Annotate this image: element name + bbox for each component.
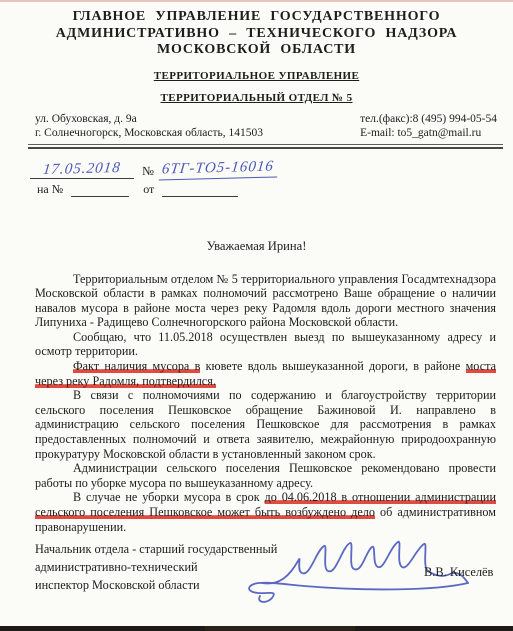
handwritten-date: 17.05.2018 bbox=[42, 159, 122, 178]
outgoing-date-field: 17.05.2018 bbox=[30, 161, 134, 179]
signatory-title: Начальник отдела - старший государственн… bbox=[35, 540, 277, 594]
department-line-2: ТЕРРИТОРИАЛЬНЫЙ ОТДЕЛ № 5 bbox=[0, 92, 513, 104]
scan-artifact-bottom bbox=[0, 626, 513, 631]
body-paragraph: Факт наличия мусора в кювете вдоль вышеу… bbox=[35, 359, 496, 388]
body-paragraph: В случае не уборки мусора в срок до 04.0… bbox=[35, 490, 496, 534]
signature-block: Начальник отдела - старший государственн… bbox=[0, 539, 513, 613]
org-line-3: МОСКОВСКОЙ ОБЛАСТИ bbox=[0, 42, 513, 59]
phone-line: тел.(факс):8 (495) 994-05-54 bbox=[360, 112, 497, 127]
salutation: Уважаемая Ирина! bbox=[0, 239, 513, 254]
body-text-segment: Сообщаю, что 11.05.2018 осуществлен выез… bbox=[35, 330, 496, 359]
number-sign: № bbox=[142, 164, 154, 179]
body-paragraph: Сообщаю, что 11.05.2018 осуществлен выез… bbox=[35, 330, 496, 359]
signatory-name: В.В. Киселёв bbox=[424, 565, 493, 580]
handwritten-number: 6ТГ-ТО5-16016 bbox=[159, 158, 279, 180]
scan-artifact-bottom-segment bbox=[205, 626, 355, 631]
signatory-title-line-1: Начальник отдела - старший государственн… bbox=[35, 540, 277, 558]
body-text-segment: В случае не уборки мусора в срок bbox=[73, 490, 265, 504]
na-number-blank bbox=[71, 184, 129, 197]
contact-block: ул. Обуховская, д. 9а г. Солнечногорск, … bbox=[0, 112, 513, 141]
signatory-title-line-2: административно-технический bbox=[35, 558, 277, 576]
organization-name: ГЛАВНОЕ УПРАВЛЕНИЕ ГОСУДАРСТВЕННОГО АДМИ… bbox=[0, 0, 513, 59]
scan-artifact-top bbox=[0, 0, 513, 2]
incoming-reference-line: на № от bbox=[37, 182, 513, 197]
ot-date-blank bbox=[162, 184, 238, 197]
address-line-1: ул. Обуховская, д. 9а bbox=[35, 112, 263, 127]
letterhead-divider bbox=[28, 144, 503, 149]
body-text-segment: Администрации сельского поселения Пешков… bbox=[35, 461, 496, 490]
signatory-title-line-3: инспектор Московской области bbox=[35, 576, 277, 594]
address-line-2: г. Солнечногорск, Московская область, 14… bbox=[35, 126, 263, 141]
scanned-letter-page: ГЛАВНОЕ УПРАВЛЕНИЕ ГОСУДАРСТВЕННОГО АДМИ… bbox=[0, 0, 513, 631]
na-number-label: на № bbox=[37, 182, 63, 197]
reference-line: 17.05.2018 № 6ТГ-ТО5-16016 bbox=[30, 156, 513, 179]
department-line-1: ТЕРРИТОРИАЛЬНОЕ УПРАВЛЕНИЕ bbox=[0, 70, 513, 82]
body-text: Территориальным отделом № 5 территориаль… bbox=[0, 272, 513, 535]
body-text-segment: кювете вдоль вышеуказанной дороги, в рай… bbox=[200, 359, 465, 373]
address-block: ул. Обуховская, д. 9а г. Солнечногорск, … bbox=[35, 112, 263, 141]
ot-label: от bbox=[143, 182, 154, 197]
body-text-segment: Территориальным отделом № 5 территориаль… bbox=[35, 272, 496, 330]
red-marked-text: Факт наличия мусора в bbox=[73, 359, 200, 373]
outgoing-number-field: 6ТГ-ТО5-16016 bbox=[160, 160, 278, 179]
email-line: E-mail: to5_gatn@mail.ru bbox=[360, 126, 497, 141]
body-text-segment: В связи с полномочиями по содержанию и б… bbox=[35, 388, 496, 460]
body-paragraph: Администрации сельского поселения Пешков… bbox=[35, 461, 496, 490]
body-paragraph: В связи с полномочиями по содержанию и б… bbox=[35, 388, 496, 461]
org-line-1: ГЛАВНОЕ УПРАВЛЕНИЕ ГОСУДАРСТВЕННОГО bbox=[0, 9, 513, 26]
body-paragraph: Территориальным отделом № 5 территориаль… bbox=[35, 272, 496, 330]
phone-email-block: тел.(факс):8 (495) 994-05-54 E-mail: to5… bbox=[360, 112, 497, 141]
org-line-2: АДМИНИСТРАТИВНО – ТЕХНИЧЕСКОГО НАДЗОРА bbox=[0, 26, 513, 43]
